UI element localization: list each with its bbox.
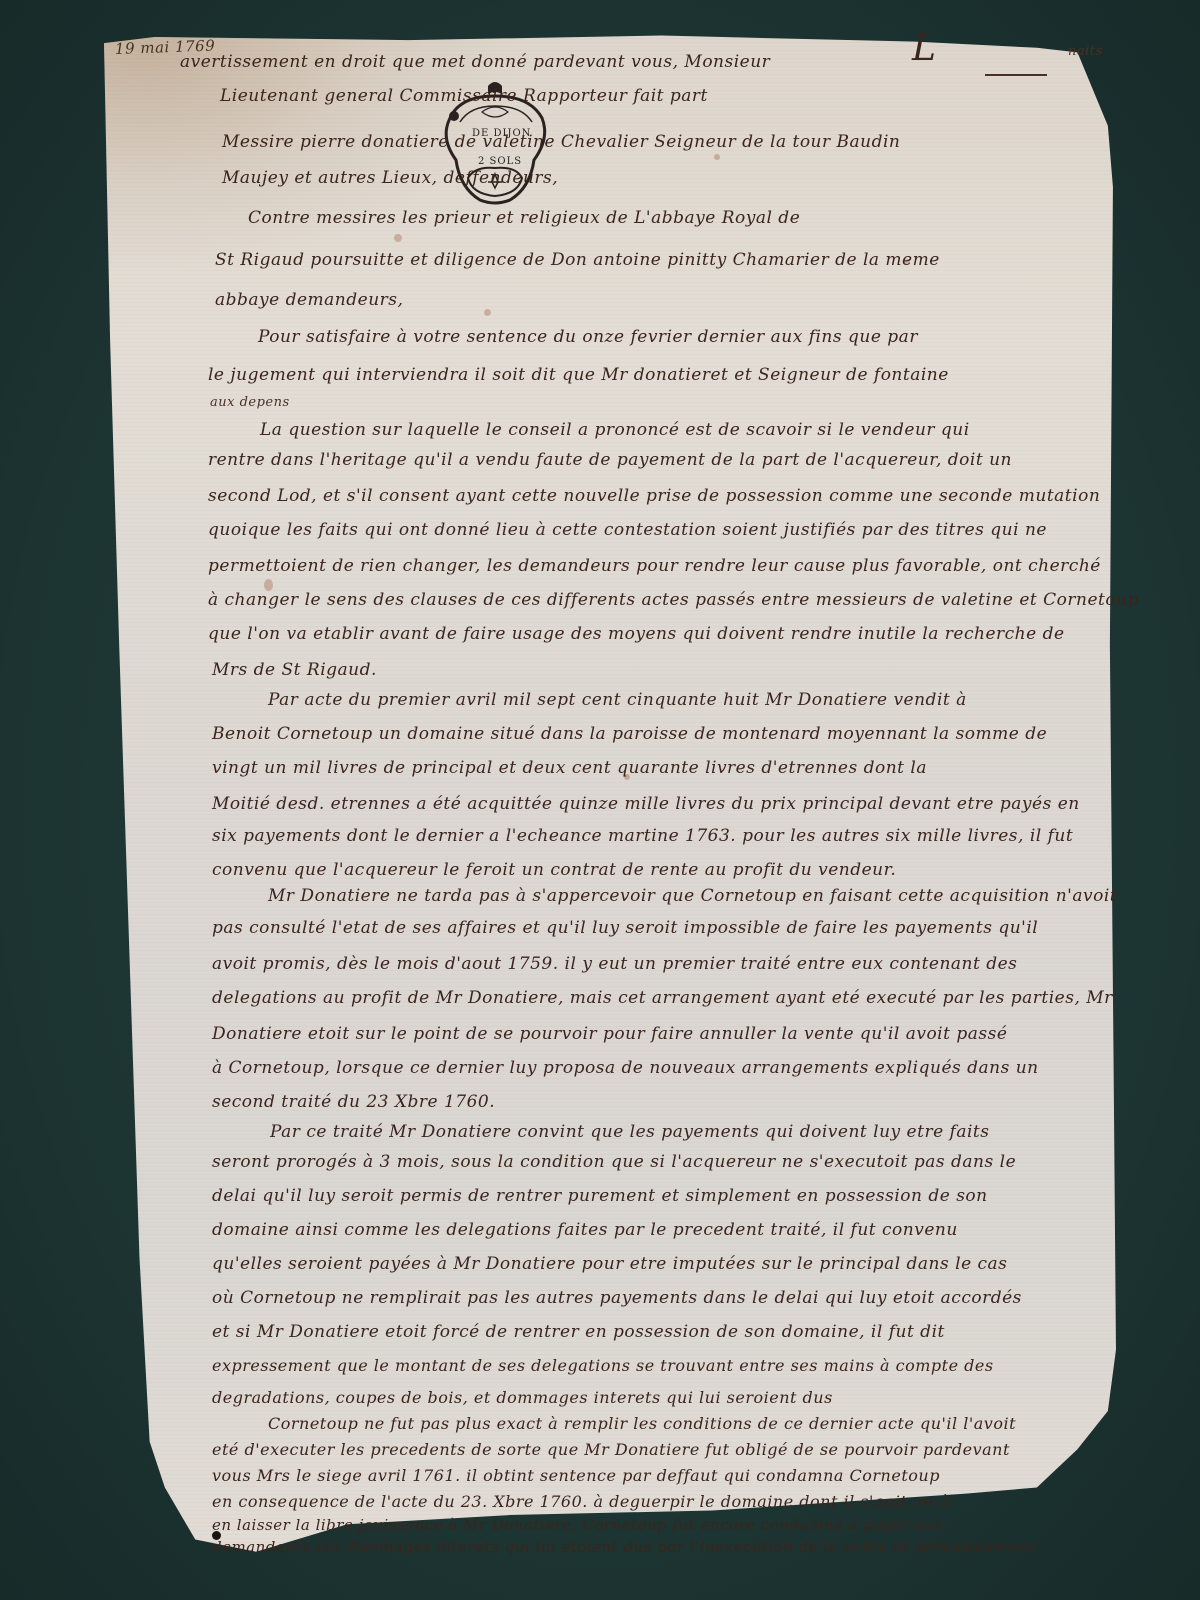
folio-mark: L <box>912 28 936 69</box>
text-line: où Cornetoup ne remplirait pas les autre… <box>212 1288 1022 1308</box>
text-line: Benoit Cornetoup un domaine situé dans l… <box>212 724 1047 744</box>
text-line: avoit promis, dès le mois d'aout 1759. i… <box>212 954 1017 974</box>
text-line: seront prorogés à 3 mois, sous la condit… <box>212 1152 1016 1172</box>
foxing-spot <box>484 309 491 316</box>
text-line: avertissement en droit que met donné par… <box>180 52 770 72</box>
text-line: expressement que le montant de ses deleg… <box>212 1356 994 1375</box>
text-line: Lieutenant general Commissaire Rapporteu… <box>220 86 708 106</box>
text-line: convenu que l'acquereur le feroit un con… <box>212 860 896 880</box>
text-line: que l'on va etablir avant de faire usage… <box>208 624 1065 644</box>
text-line: le jugement qui interviendra il soit dit… <box>208 365 949 385</box>
text-line: Mr Donatiere ne tarda pas à s'appercevoi… <box>268 886 1117 906</box>
text-line: rentre dans l'heritage qu'il a vendu fau… <box>208 450 1012 470</box>
text-line: Par acte du premier avril mil sept cent … <box>268 690 967 710</box>
foxing-spot <box>394 234 402 242</box>
text-line: Donatiere etoit sur le point de se pourv… <box>212 1024 1007 1044</box>
text-line: quoique les faits qui ont donné lieu à c… <box>208 520 1047 540</box>
text-line: Maujey et autres Lieux, deffendeurs, <box>222 168 558 188</box>
text-line: degradations, coupes de bois, et dommage… <box>212 1388 833 1407</box>
text-line: demandeurs les dommages interets qui lui… <box>212 1538 1037 1556</box>
rule-line <box>985 74 1047 76</box>
text-line: Par ce traité Mr Donatiere convint que l… <box>270 1122 989 1142</box>
text-line: Cornetoup ne fut pas plus exact à rempli… <box>268 1414 1016 1433</box>
text-line: delai qu'il luy seroit permis de rentrer… <box>212 1186 988 1206</box>
text-line: La question sur laquelle le conseil a pr… <box>260 420 970 440</box>
edge-text: naits <box>1068 44 1103 59</box>
text-line: second Lod, et s'il consent ayant cette … <box>208 486 1100 506</box>
text-line: en consequence de l'acte du 23. Xbre 176… <box>212 1492 951 1511</box>
text-line: Mrs de St Rigaud. <box>212 660 377 680</box>
worm-hole <box>176 1521 183 1528</box>
text-line: Messire pierre donatiere de valetine Che… <box>222 132 900 152</box>
text-line: abbaye demandeurs, <box>215 290 403 310</box>
text-line: six payements dont le dernier a l'echean… <box>212 826 1073 846</box>
text-line: à Cornetoup, lorsque ce dernier luy prop… <box>212 1058 1039 1078</box>
text-line: et si Mr Donatiere etoit forcé de rentre… <box>212 1322 945 1342</box>
text-line: eté d'executer les precedents de sorte q… <box>212 1440 1010 1459</box>
text-line: Contre messires les prieur et religieux … <box>248 208 800 228</box>
text-line: vous Mrs le siege avril 1761. il obtint … <box>212 1466 940 1485</box>
text-line: second traité du 23 Xbre 1760. <box>212 1092 495 1112</box>
text-line: vingt un mil livres de principal et deux… <box>212 758 927 778</box>
text-line: permettoient de rien changer, les demand… <box>208 556 1101 576</box>
text-line: Pour satisfaire à votre sentence du onze… <box>258 327 918 347</box>
text-line: à changer le sens des clauses de ces dif… <box>208 590 1139 610</box>
text-line: aux depens <box>210 395 290 410</box>
text-line: Moitié desd. etrennes a été acquittée qu… <box>212 794 1080 814</box>
foxing-spot <box>714 154 720 160</box>
text-line: pas consulté l'etat de ses affaires et q… <box>212 918 1038 938</box>
text-line: St Rigaud poursuitte et diligence de Don… <box>215 250 940 270</box>
text-line: domaine ainsi comme les delegations fait… <box>212 1220 958 1240</box>
text-line: qu'elles seroient payées à Mr Donatiere … <box>212 1254 1007 1274</box>
text-line: en laisser la libre jouissance à Mr Dona… <box>212 1516 943 1534</box>
stamp-text-line: 2 SOLS <box>478 156 522 167</box>
text-line: delegations au profit de Mr Donatiere, m… <box>212 988 1113 1008</box>
